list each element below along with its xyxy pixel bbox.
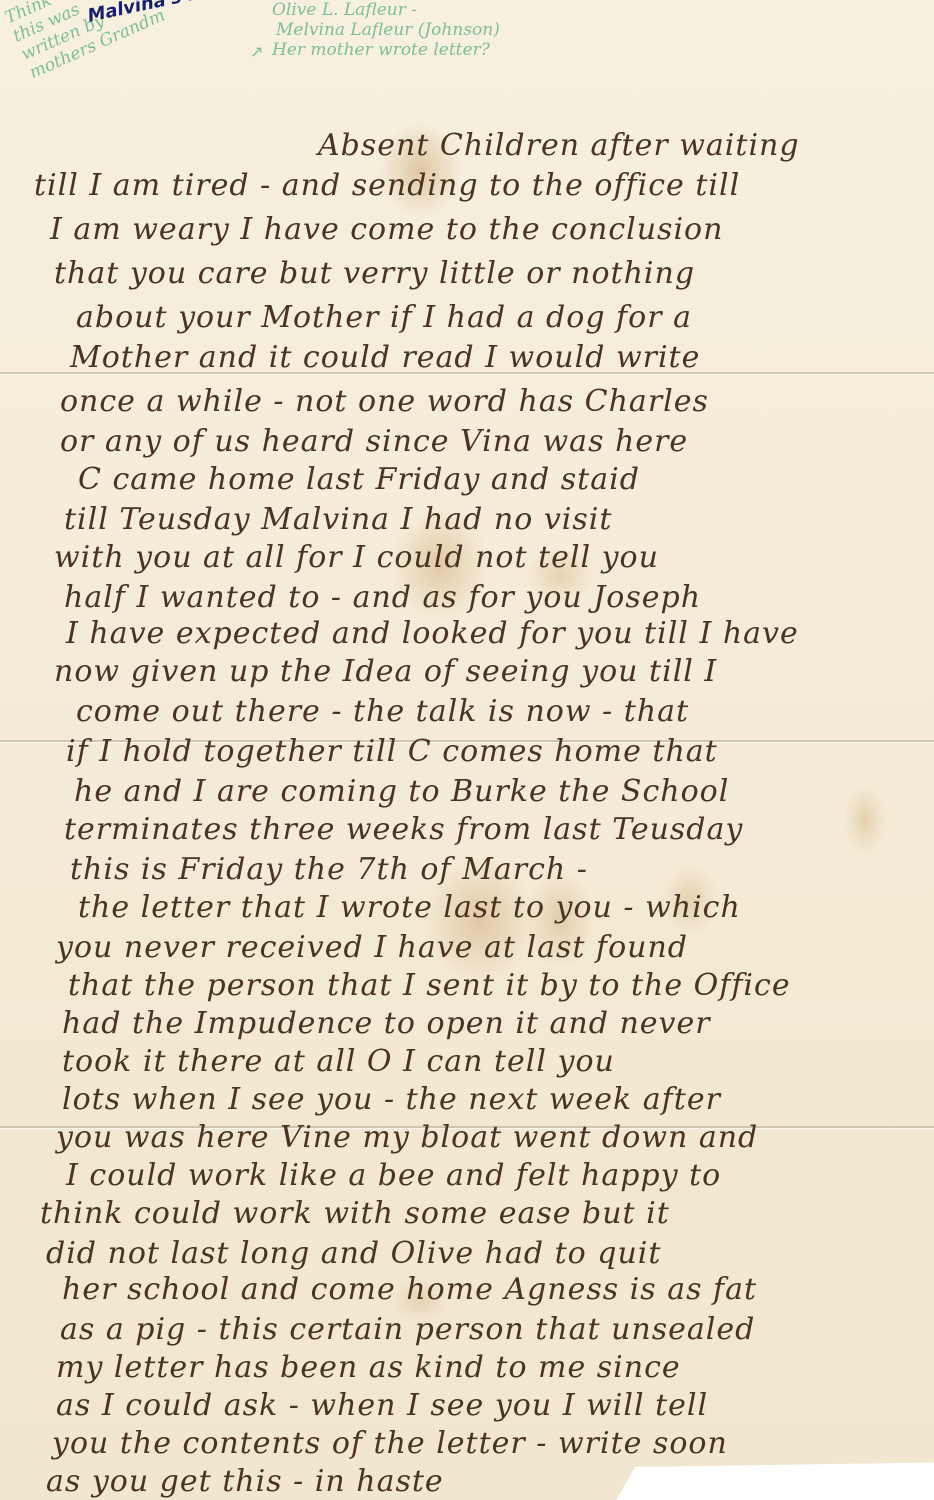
letter-line: you the contents of the letter - write s… xyxy=(52,1426,728,1461)
pencil-annotation-right: Olive L. Lafleur - Melvina Lafleur (John… xyxy=(272,0,500,60)
letter-line: C came home last Friday and staid xyxy=(78,462,640,497)
letter-line: her school and come home Agness is as fa… xyxy=(62,1272,757,1307)
arrow-icon: ↗ xyxy=(250,42,263,62)
letter-line: as I could ask - when I see you I will t… xyxy=(56,1388,708,1423)
letter-line: I could work like a bee and felt happy t… xyxy=(66,1158,721,1193)
letter-line: half I wanted to - and as for you Joseph xyxy=(64,580,701,615)
annotation-line: Her mother wrote letter? xyxy=(272,40,500,60)
letter-line: as a pig - this certain person that unse… xyxy=(60,1312,755,1347)
letter-line: about your Mother if I had a dog for a xyxy=(76,300,692,335)
letter-line: took it there at all O I can tell you xyxy=(62,1044,615,1079)
letter-line: you was here Vine my bloat went down and xyxy=(56,1120,758,1155)
letter-line: come out there - the talk is now - that xyxy=(76,694,689,729)
letter-line: had the Impudence to open it and never xyxy=(62,1006,711,1041)
annotation-line: Olive L. Lafleur - xyxy=(272,0,500,20)
letter-line: Mother and it could read I would write xyxy=(70,340,700,375)
letter-line: Absent Children after waiting xyxy=(318,128,800,163)
letter-line: I am weary I have come to the conclusion xyxy=(50,212,723,247)
letter-line: terminates three weeks from last Teusday xyxy=(64,812,743,847)
letter-line: this is Friday the 7th of March - xyxy=(70,852,588,887)
letter-line: as you get this - in haste xyxy=(46,1464,444,1499)
letter-line: the letter that I wrote last to you - wh… xyxy=(78,890,741,925)
letter-line: lots when I see you - the next week afte… xyxy=(62,1082,721,1117)
letter-line: my letter has been as kind to me since xyxy=(56,1350,681,1385)
annotation-line: Melvina Lafleur (Johnson) xyxy=(272,20,500,40)
letter-line: if I hold together till C comes home tha… xyxy=(66,734,718,769)
letter-line: that you care but verry little or nothin… xyxy=(54,256,695,291)
letter-line: you never received I have at last found xyxy=(56,930,688,965)
letter-line: I have expected and looked for you till … xyxy=(66,616,799,651)
letter-line: with you at all for I could not tell you xyxy=(54,540,659,575)
letter-line: now given up the Idea of seeing you till… xyxy=(54,654,717,689)
letter-line: that the person that I sent it by to the… xyxy=(68,968,791,1003)
letter-line: did not last long and Olive had to quit xyxy=(46,1236,661,1271)
letter-line: or any of us heard since Vina was here xyxy=(60,424,688,459)
letter-line: till Teusday Malvina I had no visit xyxy=(64,502,612,537)
letter-line: till I am tired - and sending to the off… xyxy=(34,168,740,203)
letter-line: once a while - not one word has Charles xyxy=(60,384,709,419)
letter-line: think could work with some ease but it xyxy=(40,1196,670,1231)
letter-line: he and I are coming to Burke the School xyxy=(74,774,729,809)
